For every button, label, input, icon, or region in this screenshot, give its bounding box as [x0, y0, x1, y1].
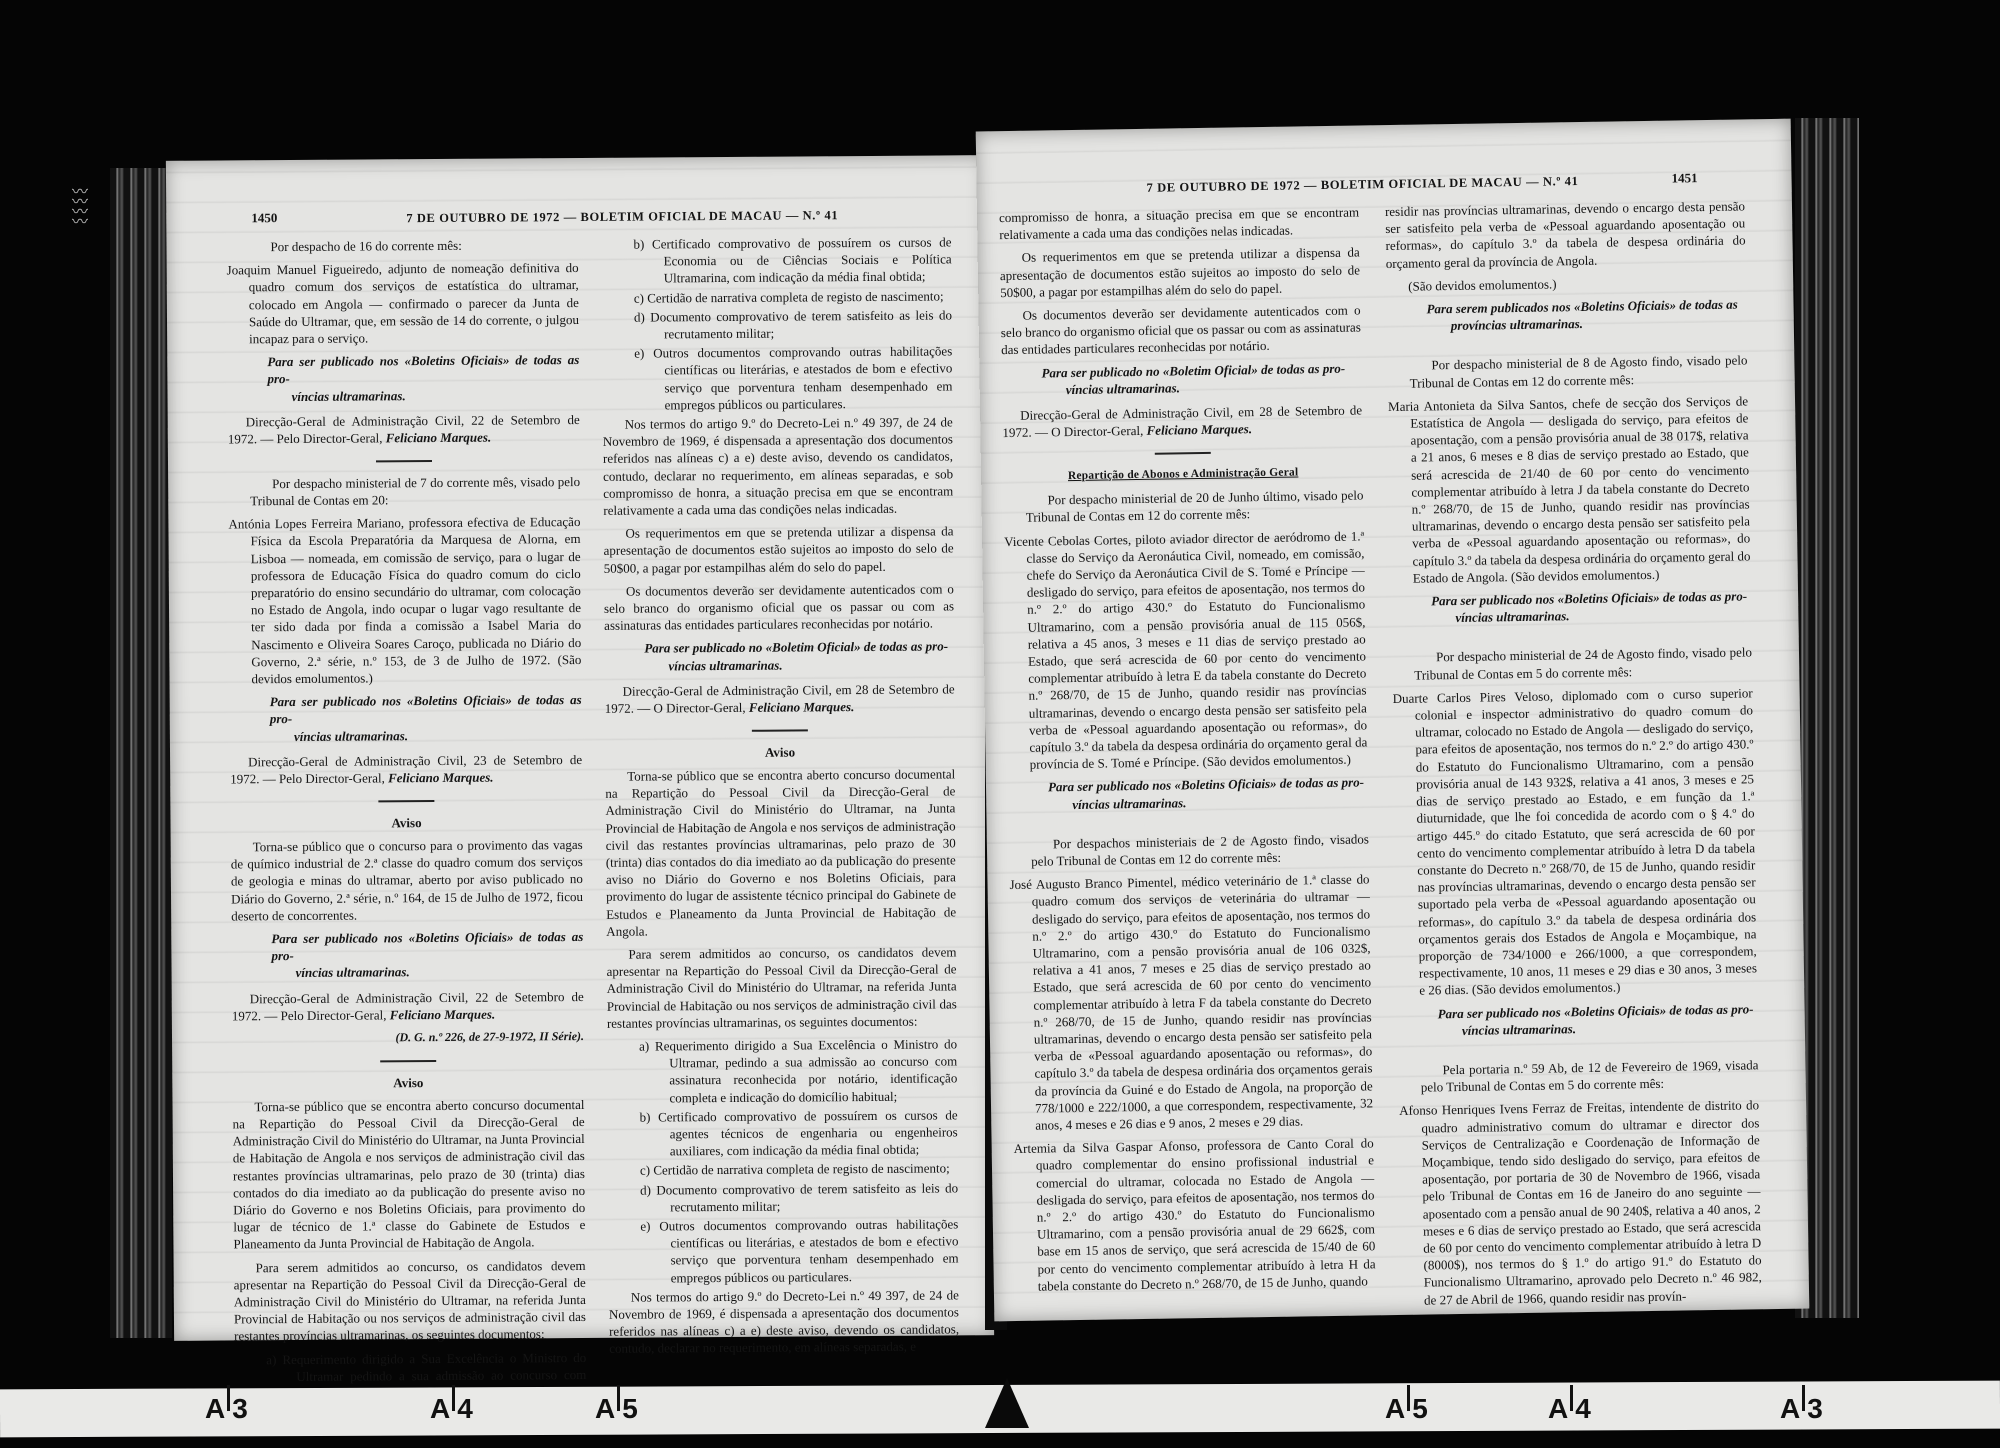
film-marker: A3: [1780, 1393, 1823, 1425]
signature: Direcção-Geral de Administração Civil, e…: [1002, 401, 1362, 441]
signatory-name: Feliciano Marques.: [390, 1006, 496, 1022]
dispatch-intro: Por despachos ministeriais de 2 de Agost…: [1009, 830, 1369, 870]
publication-note: Para serem publicados nos «Boletins Ofic…: [1386, 295, 1746, 335]
dispatch-entry: Artemia da Silva Gaspar Afonso, professo…: [1014, 1135, 1376, 1295]
list-item: c) Certidão de narrativa completa de reg…: [602, 287, 952, 307]
paragraph: (São devidos emolumentos.): [1386, 272, 1746, 295]
signature: Direcção-Geral de Administração Civil, 2…: [230, 751, 582, 788]
publication-note: Para ser publicado nos «Boletins Oficiai…: [227, 351, 579, 405]
paragraph: Nos termos do artigo 9.º do Decreto-Lei …: [609, 1286, 959, 1357]
paragraph: Os documentos deverão ser devidamente au…: [604, 580, 954, 634]
dispatch-entry: Antónia Lopes Ferreira Mariano, professo…: [228, 513, 581, 687]
dispatch-entry: Duarte Carlos Pires Veloso, diplomado co…: [1393, 684, 1758, 999]
dispatch-entry: Vicente Cebolas Cortes, piloto aviador d…: [1004, 527, 1368, 773]
right-page: 7 DE OUTUBRO DE 1972 — BOLETIM OFICIAL D…: [976, 119, 1810, 1322]
dispatch-intro: Pela portaria n.º 59 Ab, de 12 de Fevere…: [1398, 1056, 1758, 1096]
list-item: d) Documento comprovativo de terem satis…: [602, 306, 952, 343]
dispatch-intro: Por despacho ministerial de 24 de Agosto…: [1392, 644, 1752, 684]
publication-note: Para ser publicado no «Boletim Oficial» …: [1001, 359, 1361, 399]
signatory-name: Feliciano Marques.: [386, 430, 492, 446]
publication-note: Para ser publicado no «Boletim Oficial» …: [604, 638, 954, 675]
paragraph: Torna-se público que se encontra aberto …: [232, 1096, 585, 1253]
reference: (D. G. n.º 226, de 27-9-1972, II Série).: [232, 1028, 584, 1048]
section-divider: [376, 460, 432, 462]
section-heading: Repartição de Abonos e Administração Ger…: [1003, 463, 1363, 486]
list-item: b) Certificado comprovativo de possuírem…: [608, 1106, 958, 1160]
paragraph: Os requerimentos em que se pretenda util…: [1000, 244, 1361, 301]
publication-note: Para ser publicado nos «Boletins Oficiai…: [230, 691, 582, 745]
film-marker: A4: [1548, 1393, 1591, 1425]
film-marker: A5: [1385, 1393, 1428, 1425]
dispatch-intro: Por despacho de 16 do corrente mês:: [226, 236, 578, 256]
dispatch-intro: Por despacho ministerial de 8 de Agosto …: [1387, 352, 1747, 392]
paragraph: Para serem admitidos ao concurso, os can…: [234, 1257, 587, 1345]
film-marker: A5: [595, 1393, 638, 1425]
paragraph: residir nas províncias ultramarinas, dev…: [1385, 197, 1746, 271]
running-head: 7 DE OUTUBRO DE 1972 — BOLETIM OFICIAL D…: [406, 208, 838, 226]
section-divider: [752, 730, 808, 732]
section-heading: Aviso: [605, 742, 955, 762]
book-edge-left: [110, 168, 172, 1338]
dispatch-intro: Por despacho ministerial de 20 de Junho …: [1003, 487, 1363, 527]
signature: Direcção-Geral de Administração Civil, 2…: [232, 987, 584, 1024]
paragraph: Torna-se público que se encontra aberto …: [605, 765, 956, 939]
section-divider: [378, 800, 434, 802]
film-marker: A4: [430, 1393, 473, 1425]
list-item: e) Outros documentos comprovando outras …: [608, 1215, 958, 1286]
list-item: d) Documento comprovativo de terem satis…: [608, 1179, 958, 1216]
left-page: 1450 7 DE OUTUBRO DE 1972 — BOLETIM OFIC…: [166, 155, 994, 1341]
column: b) Certificado comprovativo de possuírem…: [601, 233, 959, 1363]
dispatch-intro: Por despacho ministerial de 7 do corrent…: [228, 473, 580, 510]
section-divider: [1155, 452, 1211, 454]
signature: Direcção-Geral de Administração Civil, e…: [605, 680, 955, 717]
page-number: 1450: [251, 210, 277, 226]
dispatch-entry: Maria Antonieta da Silva Santos, chefe d…: [1388, 392, 1751, 587]
list-item: a) Requerimento dirigido a Sua Excelênci…: [607, 1035, 957, 1106]
dispatch-entry: Afonso Henriques Ivens Ferraz de Freitas…: [1399, 1097, 1762, 1309]
section-heading: Aviso: [232, 1073, 584, 1093]
signatory-name: Feliciano Marques.: [749, 699, 855, 715]
publication-note: Para ser publicado nos «Boletins Oficiai…: [231, 928, 583, 982]
list-item: c) Certidão de narrativa completa de reg…: [608, 1160, 958, 1180]
paragraph: Os requerimentos em que se pretenda util…: [603, 523, 953, 577]
paragraph: compromisso de honra, a situação precisa…: [999, 203, 1359, 243]
film-marker: A3: [205, 1393, 248, 1425]
publication-note: Para ser publicado nos «Boletins Oficiai…: [1391, 587, 1751, 627]
dispatch-entry: José Augusto Branco Pimentel, médico vet…: [1009, 871, 1373, 1135]
publication-note: Para ser publicado nos «Boletins Oficiai…: [1397, 1000, 1757, 1040]
column: Por despacho de 16 do corrente mês:Joaqu…: [226, 236, 586, 1422]
publication-note: Para ser publicado nos «Boletins Oficiai…: [1008, 774, 1368, 814]
column: compromisso de honra, a situação precisa…: [999, 203, 1376, 1301]
section-divider: [380, 1060, 436, 1062]
list-item: b) Certificado comprovativo de possuírem…: [601, 233, 951, 287]
page-number: 1451: [1671, 170, 1697, 186]
paragraph: Nos termos do artigo 9.º do Decreto-Lei …: [603, 413, 954, 519]
wavy-mark: 〰〰〰〰: [72, 188, 84, 228]
list-item: e) Outros documentos comprovando outras …: [602, 343, 952, 414]
signatory-name: Feliciano Marques.: [388, 770, 494, 786]
paragraph: Para serem admitidos ao concurso, os can…: [606, 943, 957, 1031]
running-head: 7 DE OUTUBRO DE 1972 — BOLETIM OFICIAL D…: [1147, 174, 1579, 196]
dispatch-entry: Joaquim Manuel Figueiredo, adjunto de no…: [227, 259, 580, 347]
section-heading: Aviso: [230, 813, 582, 833]
paragraph: Torna-se público que o concurso para o p…: [231, 836, 584, 924]
column: residir nas províncias ultramarinas, dev…: [1385, 197, 1762, 1314]
film-notch: [985, 1378, 1029, 1428]
signatory-name: Feliciano Marques.: [1146, 421, 1252, 438]
paragraph: Os documentos deverão ser devidamente au…: [1000, 301, 1361, 358]
signature: Direcção-Geral de Administração Civil, 2…: [228, 411, 580, 448]
